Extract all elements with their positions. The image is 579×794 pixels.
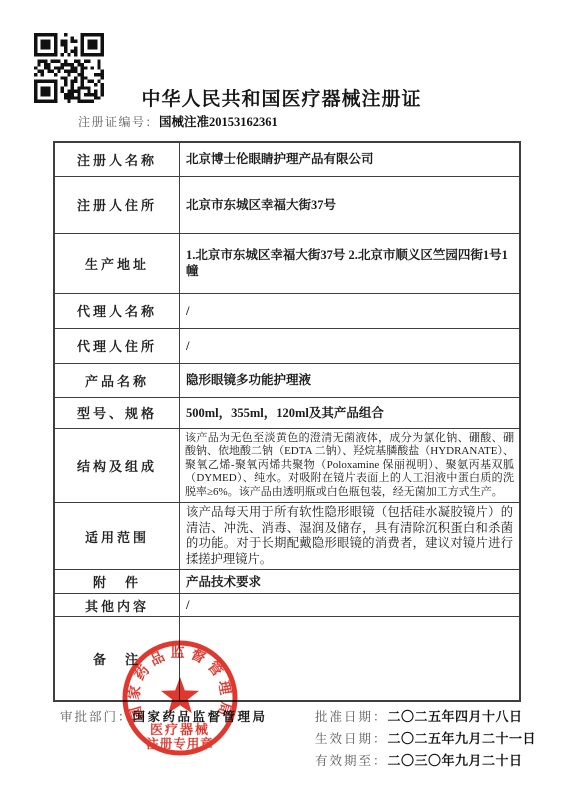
row-label: 代理人名称	[54, 293, 180, 328]
row-value: /	[180, 293, 521, 328]
table-row: 结构及组成该产品为无色至淡黄色的澄清无菌液体，成分为氯化钠、硼酸、硼酸钠、依地酸…	[54, 428, 520, 503]
row-value: 500ml，355ml，120ml及其产品组合	[180, 397, 521, 428]
table-row: 产品名称隐形眼镜多功能护理液	[54, 363, 520, 397]
table-row: 适用范围该产品每天用于所有软性隐形眼镜（包括硅水凝胶镜片）的清洁、冲洗、消毒、湿…	[54, 503, 520, 570]
table-row: 代理人名称/	[54, 293, 520, 328]
registration-number-value: 国械注准20153162361	[159, 115, 278, 129]
row-label: 适用范围	[54, 503, 180, 570]
approval-date: 批准日期：二〇二五年四月十八日	[315, 706, 536, 728]
row-label: 注册人住所	[54, 176, 180, 233]
registration-number-label: 注册证编号：	[78, 115, 159, 129]
table-row: 注册人住所北京市东城区幸福大街37号	[54, 176, 520, 233]
row-value: /	[180, 594, 521, 617]
row-value: 1.北京市东城区幸福大街37号 2.北京市顺义区竺园四街1号1幢	[180, 233, 521, 293]
star-icon	[161, 677, 199, 713]
row-value: 产品技术要求	[180, 570, 521, 594]
row-label: 生产地址	[54, 233, 180, 293]
row-value: 北京市东城区幸福大街37号	[180, 176, 521, 233]
row-label: 结构及组成	[54, 428, 180, 503]
row-label: 代理人住所	[54, 328, 180, 363]
row-value: 隐形眼镜多功能护理液	[180, 363, 521, 397]
row-label: 注册人名称	[54, 142, 180, 176]
effective-date-value: 二〇二五年九月二十一日	[388, 731, 537, 746]
certificate-table: 注册人名称北京博士伦眼睛护理产品有限公司 注册人住所北京市东城区幸福大街37号 …	[53, 141, 521, 702]
stamp-line2: 注册专用章	[146, 736, 214, 751]
table-row: 型号、规格500ml，355ml，120ml及其产品组合	[54, 397, 520, 428]
effective-date: 生效日期：二〇二五年九月二十一日	[315, 728, 536, 750]
stamp-line1: 医疗器械	[150, 722, 210, 737]
registration-number: 注册证编号：国械注准20153162361	[78, 112, 278, 130]
table-row: 注册人名称北京博士伦眼睛护理产品有限公司	[54, 142, 520, 176]
approval-date-label: 批准日期：	[315, 710, 388, 724]
row-label: 产品名称	[54, 363, 180, 397]
official-stamp: 国家药品监督管理局 医疗器械 注册专用章	[122, 640, 238, 756]
row-label: 其他内容	[54, 594, 180, 617]
table-row: 附 件产品技术要求	[54, 570, 520, 594]
effective-date-label: 生效日期：	[315, 732, 388, 746]
table-row: 其他内容/	[54, 594, 520, 617]
row-value: 北京博士伦眼睛护理产品有限公司	[180, 142, 521, 176]
expiry-date-value: 二〇三〇年九月二十日	[388, 753, 523, 768]
row-label: 附 件	[54, 570, 180, 594]
certificate-page: 中华人民共和国医疗器械注册证 注册证编号：国械注准20153162361 注册人…	[0, 0, 579, 794]
row-value: 该产品每天用于所有软性隐形眼镜（包括硅水凝胶镜片）的清洁、冲洗、消毒、湿润及储存…	[180, 503, 521, 570]
table-row: 生产地址1.北京市东城区幸福大街37号 2.北京市顺义区竺园四街1号1幢	[54, 233, 520, 293]
approval-date-value: 二〇二五年四月十八日	[388, 709, 523, 724]
certificate-title: 中华人民共和国医疗器械注册证	[0, 84, 563, 111]
certificate-dates: 批准日期：二〇二五年四月十八日 生效日期：二〇二五年九月二十一日 有效期至：二〇…	[315, 706, 536, 772]
expiry-date-label: 有效期至：	[315, 754, 388, 768]
row-value: /	[180, 328, 521, 363]
expiry-date: 有效期至：二〇三〇年九月二十日	[315, 750, 536, 772]
row-label: 型号、规格	[54, 397, 180, 428]
row-value: 该产品为无色至淡黄色的澄清无菌液体，成分为氯化钠、硼酸、硼酸钠、依地酸二钠（ED…	[180, 428, 521, 503]
table-row: 代理人住所/	[54, 328, 520, 363]
